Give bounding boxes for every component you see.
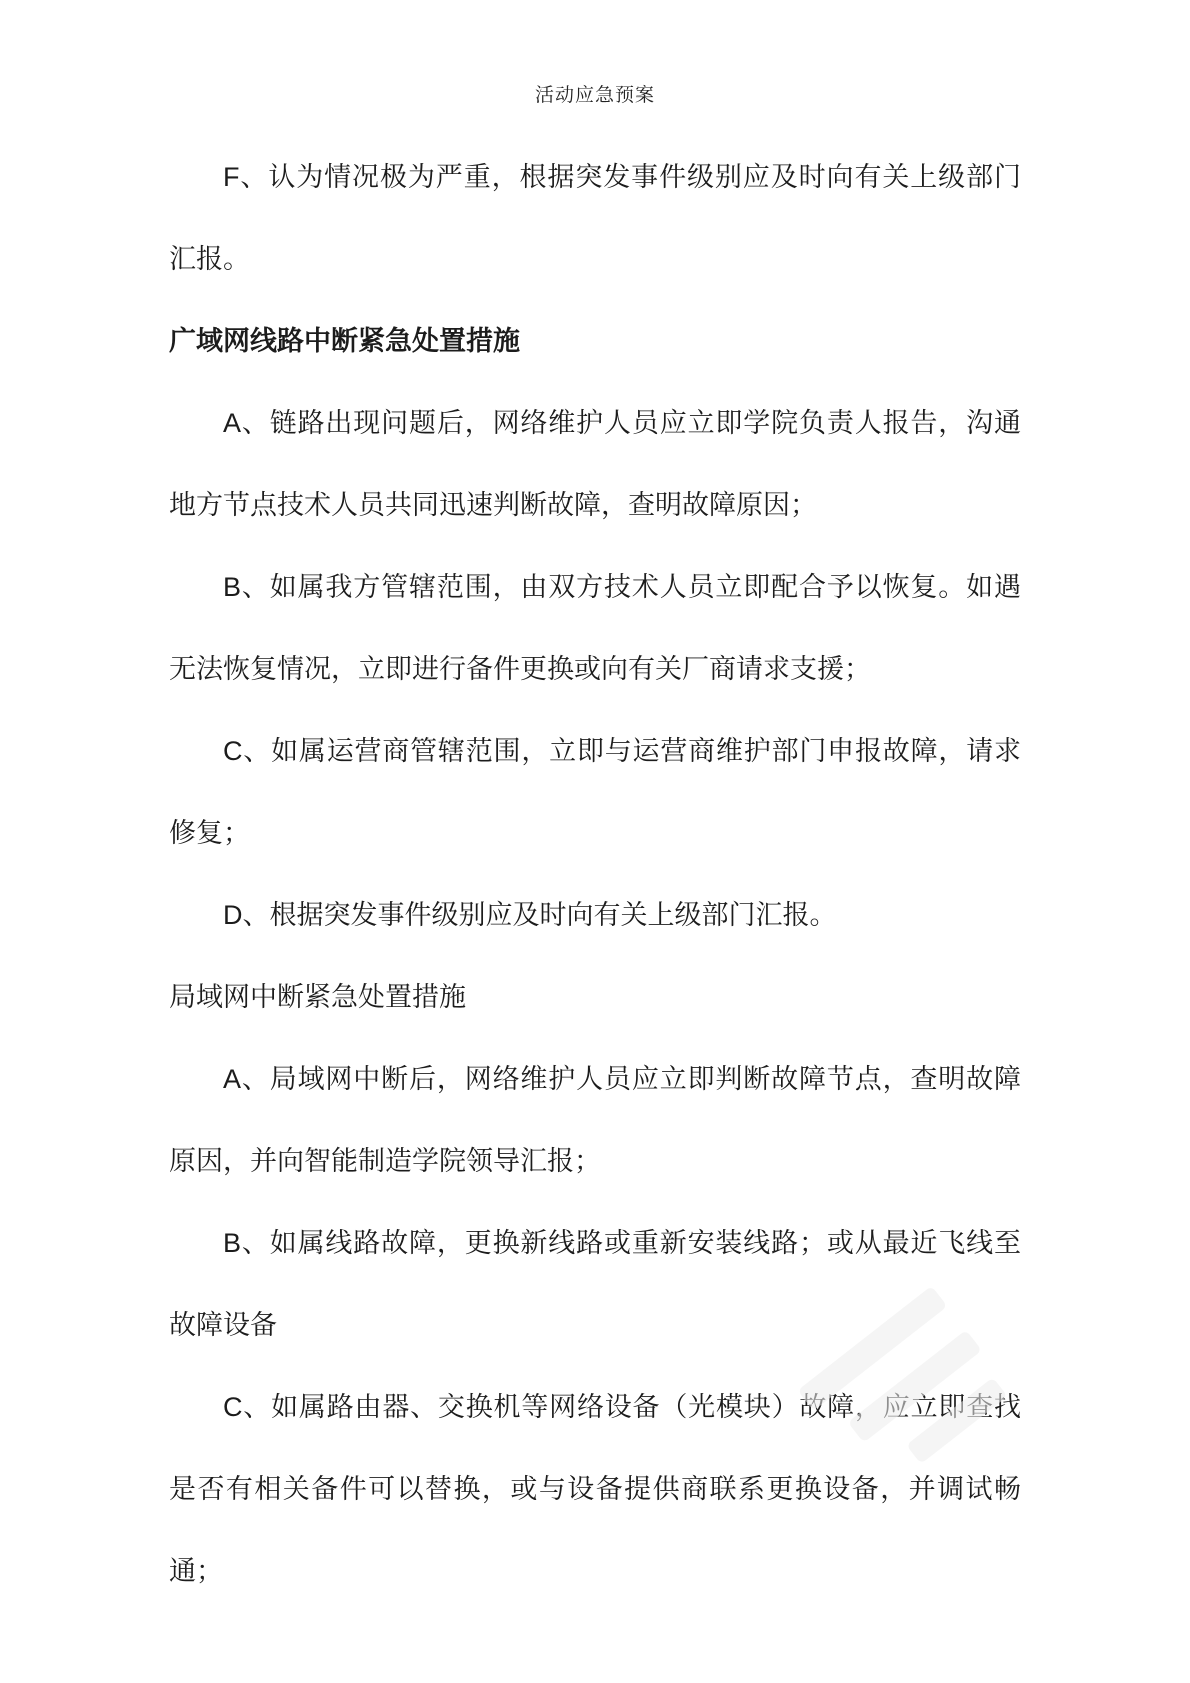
paragraph-lan-item-a: A、局域网中断后，网络维护人员应立即判断故障节点，查明故障原因，并向智能制造学院… [169, 1038, 1021, 1202]
paragraph-wan-item-c: C、如属运营商管辖范围，立即与运营商维护部门申报故障，请求修复； [169, 710, 1021, 874]
paragraph-wan-item-a: A、链路出现问题后，网络维护人员应立即学院负责人报告，沟通地方节点技术人员共同迅… [169, 382, 1021, 546]
section-heading-wan: 广域网线路中断紧急处置措施 [169, 300, 1021, 382]
paragraph-f-item: F、认为情况极为严重，根据突发事件级别应及时向有关上级部门汇报。 [169, 136, 1021, 300]
page-title: 活动应急预案 [0, 0, 1190, 116]
document-body: F、认为情况极为严重，根据突发事件级别应及时向有关上级部门汇报。 广域网线路中断… [169, 136, 1021, 1612]
paragraph-lan-item-b: B、如属线路故障，更换新线路或重新安装线路；或从最近飞线至故障设备 [169, 1202, 1021, 1366]
paragraph-wan-item-d: D、根据突发事件级别应及时向有关上级部门汇报。 [169, 874, 1021, 956]
section-heading-lan: 局域网中断紧急处置措施 [169, 956, 1021, 1038]
paragraph-lan-item-c: C、如属路由器、交换机等网络设备（光模块）故障，应立即查找是否有相关备件可以替换… [169, 1366, 1021, 1612]
document-page: 活动应急预案 F、认为情况极为严重，根据突发事件级别应及时向有关上级部门汇报。 … [0, 0, 1190, 1683]
paragraph-wan-item-b: B、如属我方管辖范围，由双方技术人员立即配合予以恢复。如遇无法恢复情况，立即进行… [169, 546, 1021, 710]
